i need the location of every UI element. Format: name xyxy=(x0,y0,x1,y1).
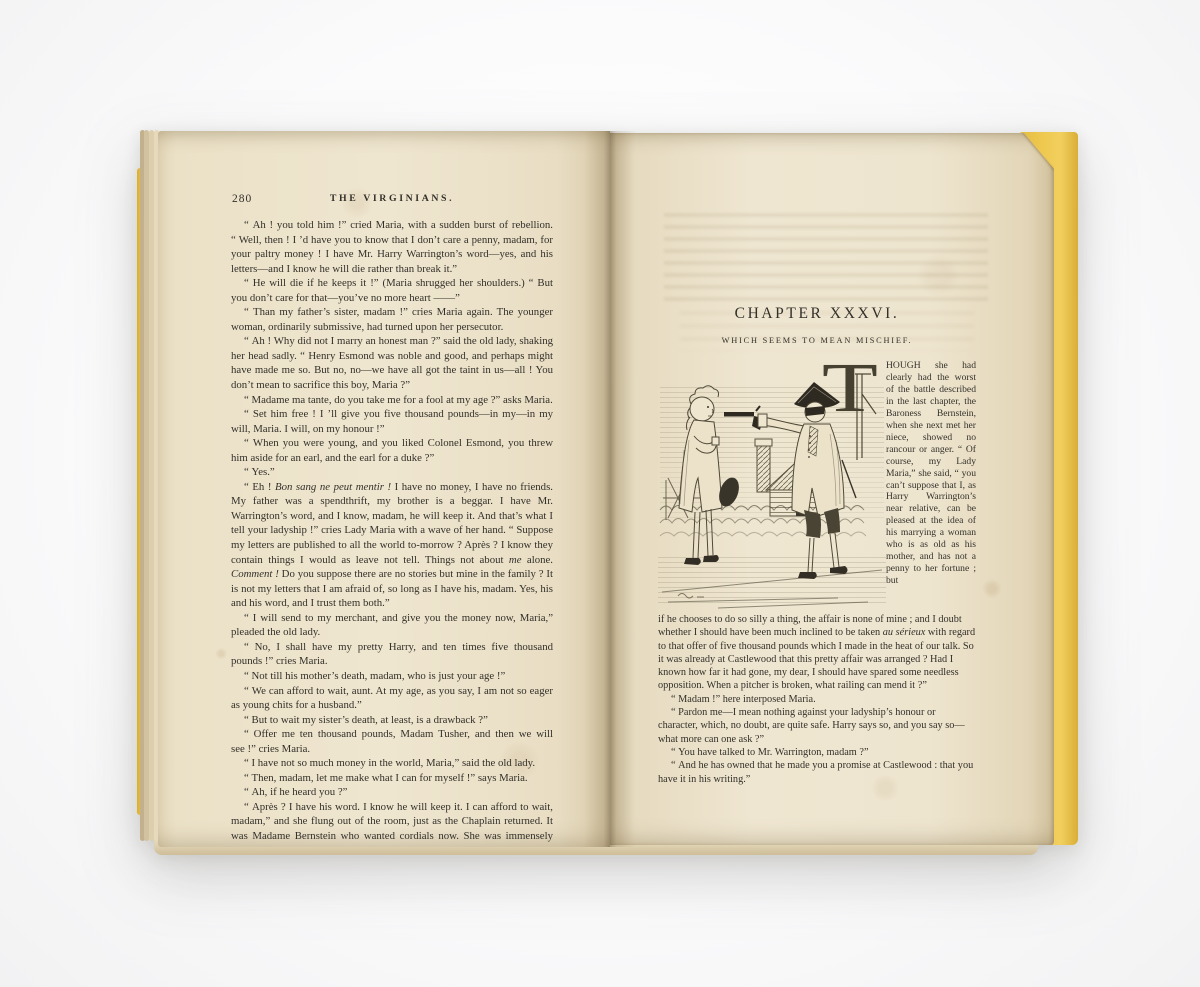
opening-narrow-column: HOUGH she had clearly had the worst of t… xyxy=(886,360,976,610)
chapter-subtitle: WHICH SEEMS TO MEAN MISCHIEF. xyxy=(658,336,976,345)
paragraph: “ Madame ma tante, do you take me for a … xyxy=(231,393,553,408)
right-page-text: “ Madam !” here interposed Maria.“ Pardo… xyxy=(658,693,976,786)
chapter-illustration: T xyxy=(658,360,886,610)
paragraph: “ Than my father’s sister, madam !” crie… xyxy=(231,305,553,334)
right-page: CHAPTER XXXVI. WHICH SEEMS TO MEAN MISCH… xyxy=(610,133,1054,845)
paragraph: “ But to wait my sister’s death, at leas… xyxy=(231,713,553,728)
paragraph: “ We can afford to wait, aunt. At my age… xyxy=(231,684,553,713)
paragraph: “ Then, madam, let me make what I can fo… xyxy=(231,771,553,786)
opening-continuation: if he chooses to do so silly a thing, th… xyxy=(658,613,976,693)
paragraph: “ No, I shall have my pretty Harry, and … xyxy=(231,640,553,669)
paragraph: “ I have not so much money in the world,… xyxy=(231,756,553,771)
paragraph: “ When you were young, and you liked Col… xyxy=(231,436,553,465)
paragraph: “ Not till his mother’s death, madam, wh… xyxy=(231,669,553,684)
paragraph: “ He will die if he keeps it !” (Maria s… xyxy=(231,276,553,305)
drop-cap-letter: T xyxy=(822,356,878,422)
paragraph: “ Eh ! Bon sang ne peut mentir ! I have … xyxy=(231,480,553,611)
paragraph: “ I will send to my merchant, and give y… xyxy=(231,611,553,640)
paragraph: “ Offer me ten thousand pounds, Madam Tu… xyxy=(231,727,553,756)
running-title: THE VIRGINIANS. xyxy=(231,193,553,204)
paragraph: “ Ah ! Why did not I marry an honest man… xyxy=(231,334,553,392)
chapter-opening: T HOUGH she had clearly had the worst of… xyxy=(658,360,976,610)
running-head: 280 THE VIRGINIANS. xyxy=(231,193,553,207)
paragraph: “ Pardon me—I mean nothing against your … xyxy=(658,706,976,746)
paragraph: “ You have talked to Mr. Warrington, mad… xyxy=(658,746,976,759)
paragraph: “ Yes.” xyxy=(231,465,553,480)
paragraph: “ Madam !” here interposed Maria. xyxy=(658,693,976,706)
paragraph: “ And he has owned that he made you a pr… xyxy=(658,759,976,786)
chapter-heading: CHAPTER XXXVI. xyxy=(658,305,976,323)
paragraph: if he chooses to do so silly a thing, th… xyxy=(658,613,976,693)
paragraph: “ Après ? I have his word. I know he wil… xyxy=(231,800,553,847)
photograph-background: 280 THE VIRGINIANS. “ Ah ! you told him … xyxy=(0,0,1200,987)
open-book: 280 THE VIRGINIANS. “ Ah ! you told him … xyxy=(140,128,1078,855)
paragraph: “ Ah, if he heard you ?” xyxy=(231,785,553,800)
left-page-content: 280 THE VIRGINIANS. “ Ah ! you told him … xyxy=(158,131,553,847)
paragraph: “ Ah ! you told him !” cried Maria, with… xyxy=(231,218,553,276)
left-page: 280 THE VIRGINIANS. “ Ah ! you told him … xyxy=(158,131,610,847)
page-number: 280 xyxy=(232,193,252,205)
paragraph: “ Set him free ! I ’ll give you five tho… xyxy=(231,407,553,436)
left-page-text: “ Ah ! you told him !” cried Maria, with… xyxy=(231,218,553,847)
right-page-content: CHAPTER XXXVI. WHICH SEEMS TO MEAN MISCH… xyxy=(610,133,976,786)
